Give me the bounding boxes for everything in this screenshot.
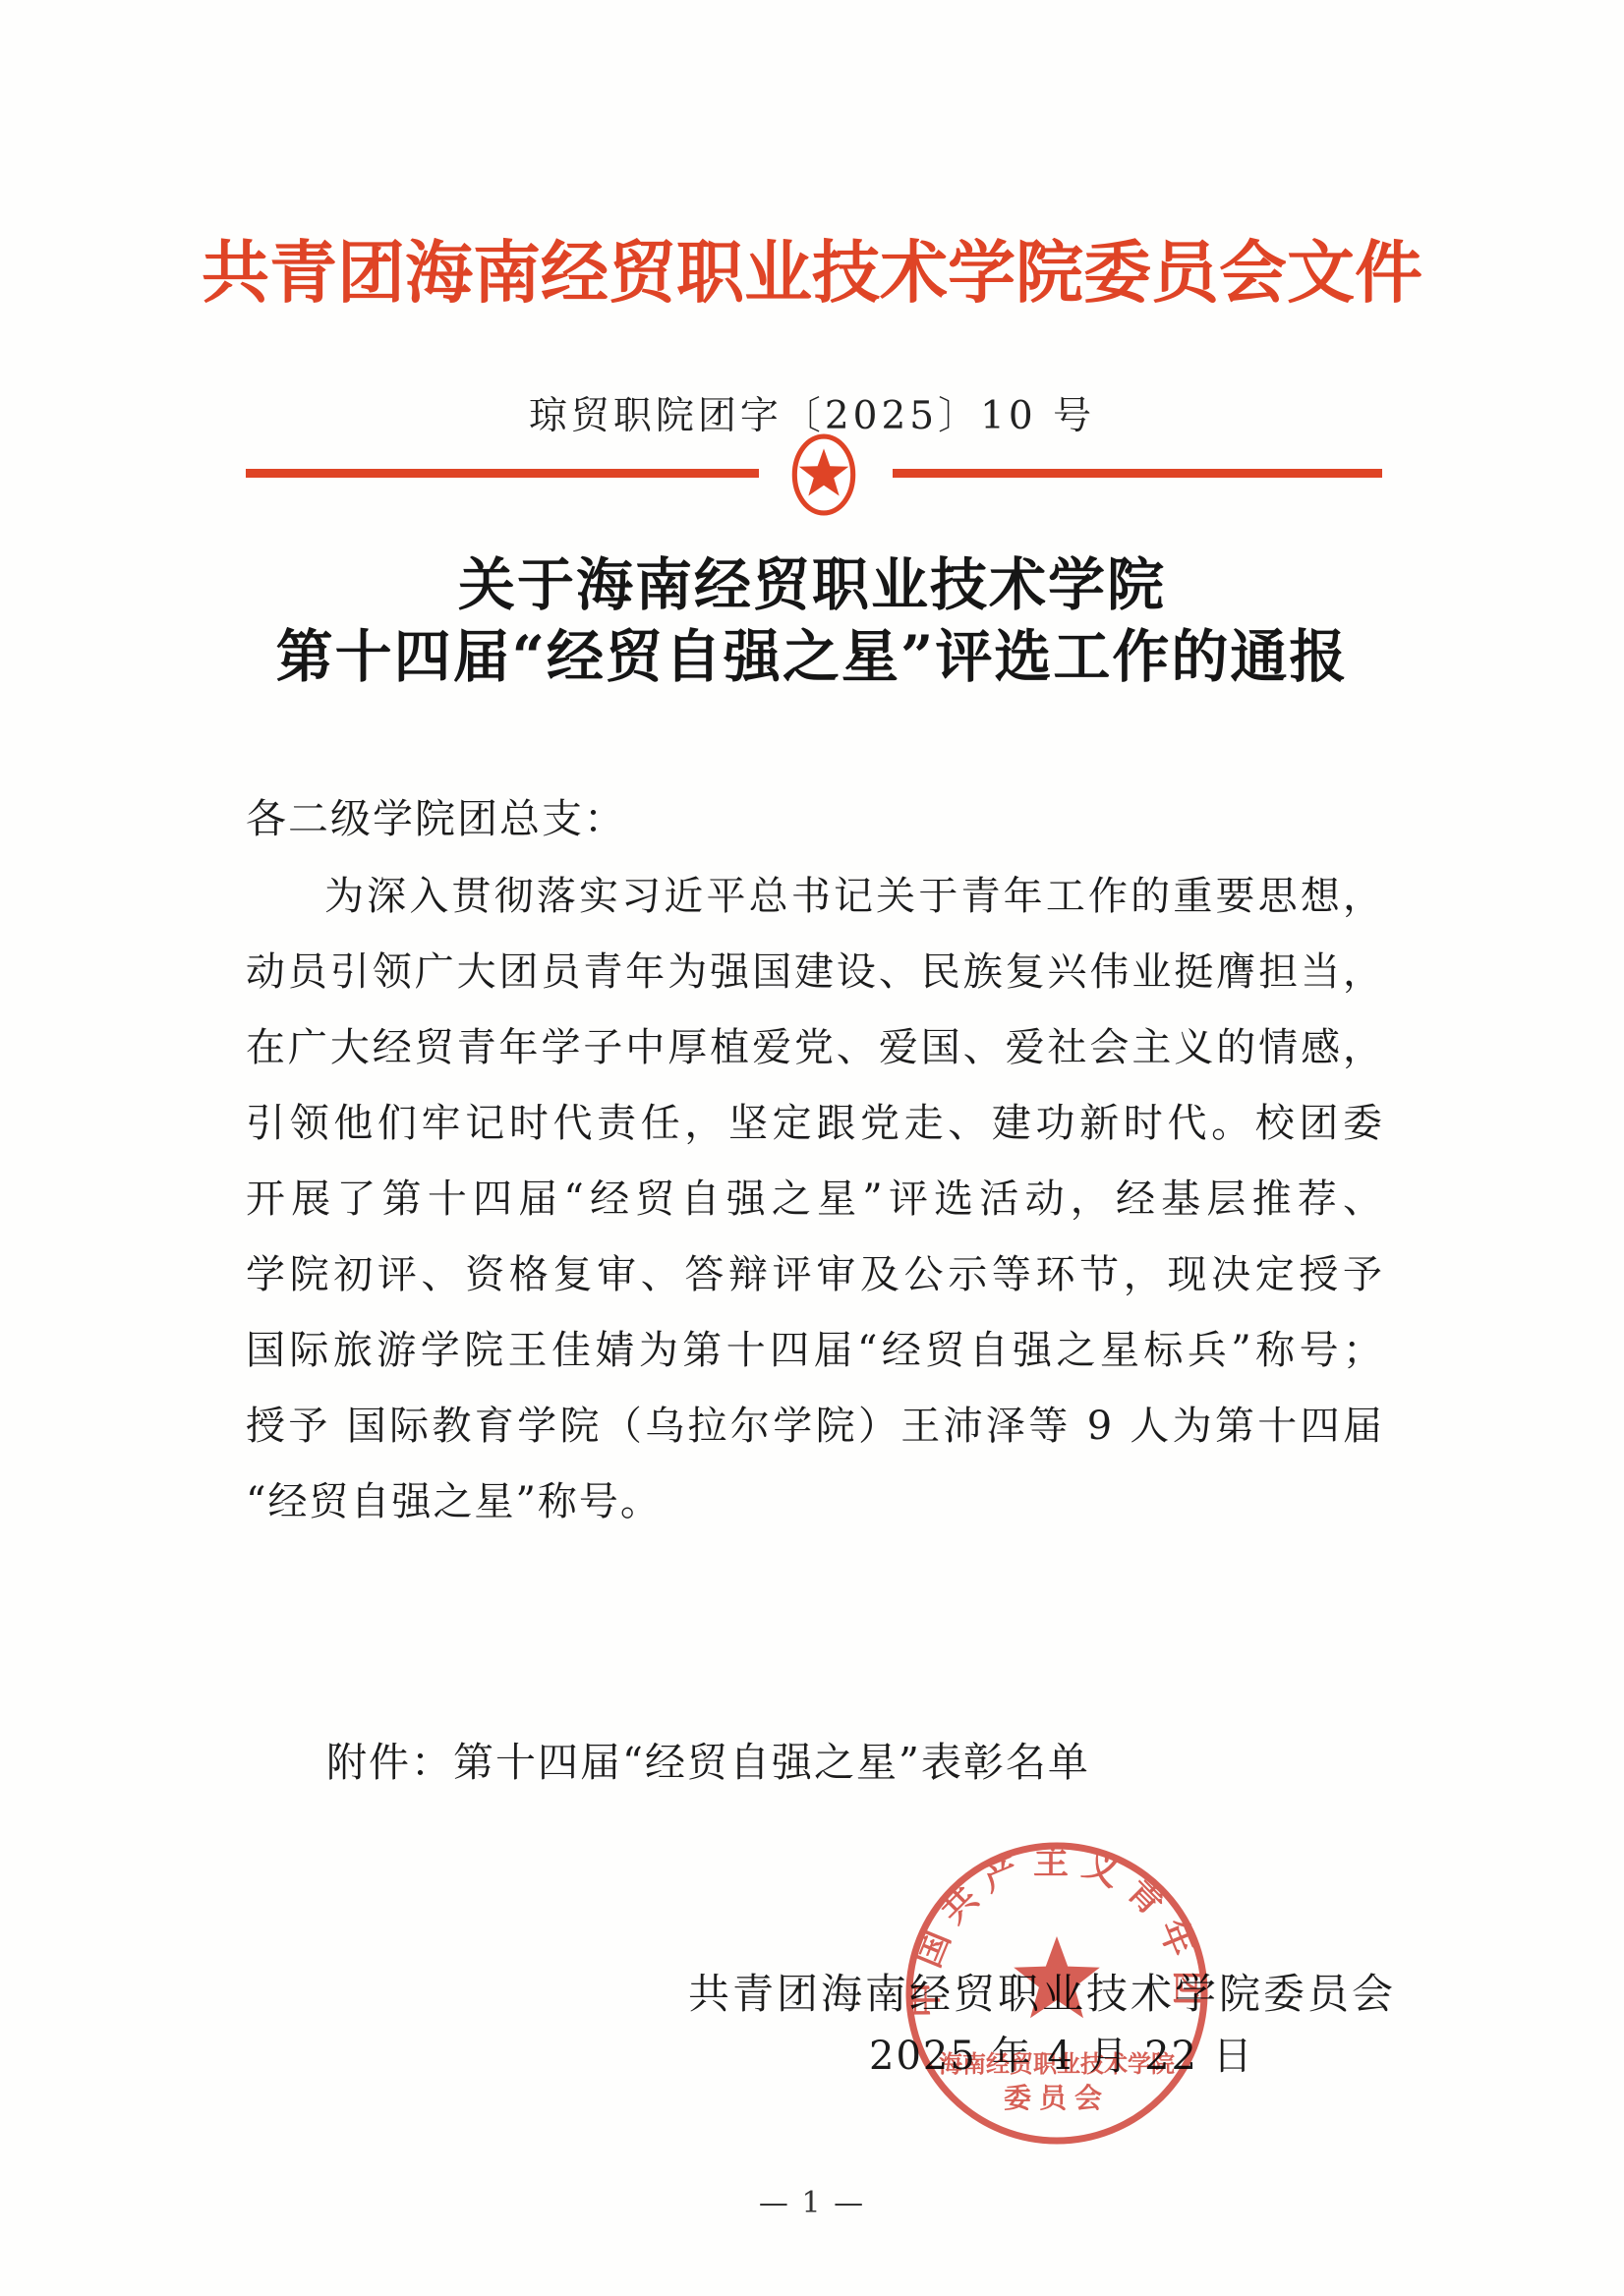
body-line: 为深入贯彻落实习近平总书记关于青年工作的重要思想， xyxy=(246,865,1384,941)
seal-inner-line2: 委员会 xyxy=(1004,2082,1110,2114)
body-paragraph: 为深入贯彻落实习近平总书记关于青年工作的重要思想， 动员引领广大团员青年为强国建… xyxy=(246,865,1384,1546)
body-line: 引领他们牢记时代责任，坚定跟党走、建功新时代。校团委 xyxy=(246,1092,1384,1168)
document-title-line1: 关于海南经贸职业技术学院 xyxy=(0,539,1624,621)
body-line: 学院初评、资格复审、答辩评审及公示等环节，现决定授予 xyxy=(246,1243,1384,1319)
body-line: 授予 国际教育学院（乌拉尔学院）王沛泽等 9 人为第十四届 xyxy=(246,1395,1384,1470)
body-line: 动员引领广大团员青年为强国建设、民族复兴伟业挺膺担当， xyxy=(246,941,1384,1016)
attachment-note: 附件：第十四届“经贸自强之星”表彰名单 xyxy=(326,1730,1090,1788)
body-line: 开展了第十四届“经贸自强之星”评选活动，经基层推荐、 xyxy=(246,1168,1384,1243)
document-header-title: 共青团海南经贸职业技术学院委员会文件 xyxy=(0,218,1624,316)
seal-inner-line1: 海南经贸职业技术学院 xyxy=(939,2049,1175,2078)
star-in-oval-icon xyxy=(788,432,859,517)
seal-star-icon xyxy=(1014,1936,1100,2018)
body-line: “经贸自强之星”称号。 xyxy=(246,1470,1384,1546)
official-seal-stamp: 中国共产主义青年团 海南经贸职业技术学院 委员会 xyxy=(899,1836,1214,2151)
document-title-line2: 第十四届“经贸自强之星”评选工作的通报 xyxy=(0,610,1624,693)
salutation: 各二级学院团总支： xyxy=(246,786,626,844)
red-divider-line-left xyxy=(246,469,759,478)
body-line: 在广大经贸青年学子中厚植爱党、爱国、爱社会主义的情感， xyxy=(246,1016,1384,1092)
red-divider-line-right xyxy=(893,469,1382,478)
official-document-page: 共青团海南经贸职业技术学院委员会文件 琼贸职院团字〔2025〕10 号 关于海南… xyxy=(0,0,1624,2296)
page-number: — 1 — xyxy=(0,2186,1624,2220)
body-line: 国际旅游学院王佳婧为第十四届“经贸自强之星标兵”称号； xyxy=(246,1319,1384,1395)
